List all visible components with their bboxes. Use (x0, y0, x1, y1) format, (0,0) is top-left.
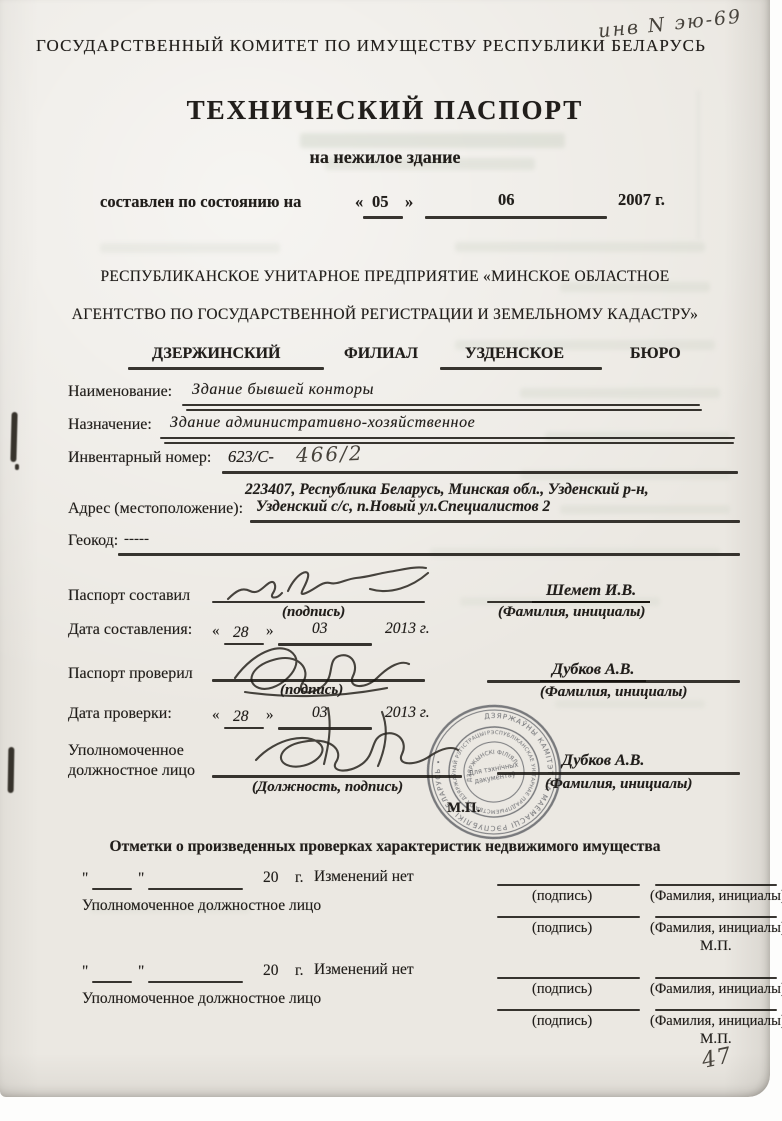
inventory-typed: 623/С- (228, 448, 274, 467)
as-of-month-underline (425, 216, 607, 219)
check1-no-changes: Изменений нет (314, 868, 414, 886)
staple-mark (8, 747, 15, 793)
as-of-label: составлен по состоянию на (100, 193, 301, 212)
as-of-day: 05 (372, 193, 389, 212)
purpose-underline2 (164, 442, 734, 444)
check1-day-line (92, 888, 132, 890)
address-underline (250, 520, 740, 523)
check2-signature-caption1: (подпись) (532, 981, 592, 998)
committee-header: ГОСУДАРСТВЕННЫЙ КОМИТЕТ ПО ИМУЩЕСТВУ РЕС… (36, 36, 706, 56)
bureau-name: УЗДЕНСКОЕ (465, 345, 564, 363)
bureau-name-underline (440, 367, 602, 370)
check1-name-line1 (655, 884, 777, 886)
official-label-line1: Уполномоченное (68, 742, 184, 760)
staple-mark (15, 464, 19, 470)
official-signature-caption: (Должность, подпись) (252, 779, 403, 796)
geocode-underline (118, 553, 740, 556)
compiled-name-line (487, 601, 650, 603)
official-name: Дубков А.В. (562, 752, 644, 770)
bleed-through (560, 505, 730, 514)
check1-year-suffix: г. (295, 869, 303, 887)
compiled-label: Паспорт составил (68, 587, 190, 605)
check1-month-line (148, 888, 243, 890)
check1-seal-mark: М.П. (700, 938, 732, 955)
check1-signature-caption1: (подпись) (532, 888, 592, 905)
purpose-label: Назначение: (68, 416, 152, 434)
check2-official-label: Уполномоченное должностное лицо (82, 990, 321, 1008)
compiled-signature-caption: (подпись) (282, 604, 345, 621)
check2-year-suffix: г. (295, 962, 303, 980)
branch-name: ДЗЕРЖИНСКИЙ (152, 345, 281, 363)
purpose-underline (160, 437, 735, 439)
checked-date-label: Дата проверки: (68, 705, 172, 723)
official-signature-line (212, 775, 462, 778)
check2-no-changes: Изменений нет (314, 961, 414, 979)
address-line2: Узденский с/с, п.Новый ул.Специалистов 2 (256, 498, 550, 516)
check1-signature-line2 (497, 916, 640, 918)
check2-close-quote: " (138, 963, 144, 981)
name-value: Здание бывшей конторы (192, 381, 374, 399)
check1-close-quote: " (138, 870, 144, 888)
check2-signature-line2 (497, 1009, 640, 1011)
check2-name-caption1: (Фамилия, инициалы) (650, 981, 782, 998)
document-subtitle: на нежилое здание (0, 147, 770, 168)
check2-name-caption2: (Фамилия, инициалы) (650, 1013, 782, 1030)
check1-year-prefix: 20 (263, 869, 279, 887)
check2-month-line (148, 981, 243, 983)
checked-name-line (487, 680, 740, 683)
as-of-year: 2007 г. (618, 191, 665, 210)
check2-signature-line1 (497, 977, 640, 979)
branch-name-underline (128, 367, 324, 370)
check1-official-label: Уполномоченное должностное лицо (82, 897, 321, 915)
document-title: ТЕХНИЧЕСКИЙ ПАСПОРТ (0, 95, 770, 126)
seal-place-mark: М.П. (447, 800, 480, 817)
bleed-through (100, 243, 280, 253)
compiled-date-label: Дата составления: (68, 621, 192, 639)
organization-line2: АГЕНТСТВО ПО ГОСУДАРСТВЕННОЙ РЕГИСТРАЦИИ… (0, 306, 770, 324)
official-name-line (497, 772, 740, 775)
as-of-close-quote: » (405, 193, 413, 212)
scanned-document-page: инв N эю-69 ГОСУДАРСТВЕННЫЙ КОМИТЕТ ПО И… (0, 0, 782, 1121)
as-of-open-quote: « (355, 193, 363, 212)
check1-open-quote: " (82, 870, 88, 888)
as-of-month: 06 (498, 191, 515, 210)
address-label: Адрес (местоположение): (68, 500, 243, 518)
check1-signature-caption2: (подпись) (532, 920, 592, 937)
bleed-through (455, 242, 705, 252)
checked-date-open-quote: « (212, 707, 220, 724)
official-label-line2: должностное лицо (68, 762, 195, 780)
checked-label: Паспорт проверил (68, 665, 193, 683)
bureau-word: БЮРО (630, 345, 681, 363)
geocode-value: ----- (124, 531, 149, 548)
bleed-through (520, 388, 720, 398)
organization-line1: РЕСПУБЛИКАНСКОЕ УНИТАРНОЕ ПРЕДПРИЯТИЕ «М… (0, 268, 770, 286)
check2-name-line2 (655, 1009, 777, 1011)
geocode-label: Геокод: (68, 532, 118, 550)
name-underline2 (186, 409, 702, 411)
inventory-handwritten: 466/2 (296, 442, 364, 467)
check2-name-line1 (655, 977, 777, 979)
name-underline (182, 404, 700, 406)
official-name-caption: (Фамилия, инициалы) (545, 776, 692, 793)
compiled-name-caption: (Фамилия, инициалы) (498, 604, 645, 621)
inventory-label: Инвентарный номер: (68, 449, 211, 467)
bleed-through (300, 133, 565, 148)
check2-signature-caption2: (подпись) (532, 1013, 592, 1030)
checked-name-caption: (Фамилия, инициалы) (540, 684, 687, 701)
checks-heading: Отметки о произведенных проверках характ… (0, 838, 770, 856)
checked-signature-caption: (подпись) (280, 682, 343, 699)
name-label: Наименование: (68, 383, 172, 401)
check2-day-line (92, 981, 132, 983)
purpose-value: Здание административно-хозяйственное (170, 414, 475, 432)
check1-name-caption1: (Фамилия, инициалы) (650, 888, 782, 905)
address-line1: 223407, Республика Беларусь, Минская обл… (245, 481, 649, 499)
as-of-day-underline (363, 216, 403, 219)
inventory-underline (222, 471, 738, 474)
compiled-signature-line (212, 601, 425, 603)
check1-name-line2 (655, 916, 777, 918)
check2-open-quote: " (82, 963, 88, 981)
check1-signature-line1 (497, 884, 640, 886)
check2-year-prefix: 20 (263, 962, 279, 980)
check1-name-caption2: (Фамилия, инициалы) (650, 920, 782, 937)
branch-word: ФИЛИАЛ (344, 345, 418, 363)
